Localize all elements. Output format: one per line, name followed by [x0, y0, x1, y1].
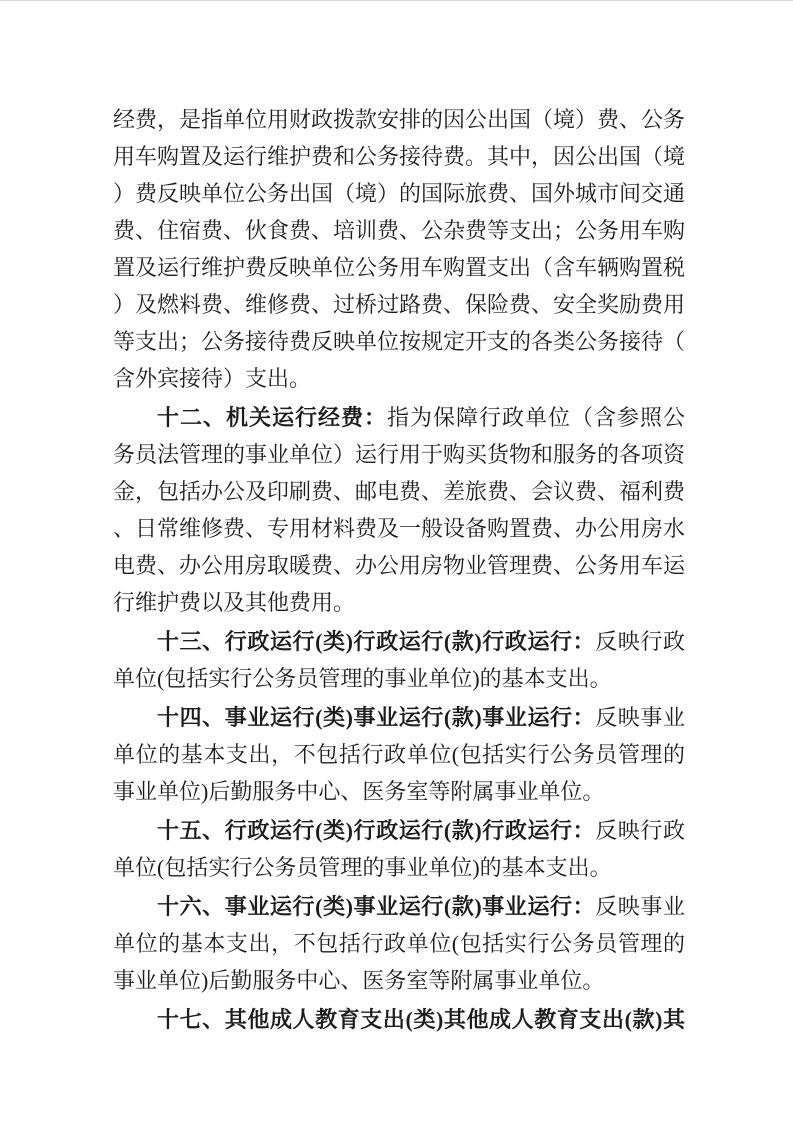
document-page: 经费，是指单位用财政拨款安排的因公出国（境）费、公务用车购置及运行维护费和公务接…: [0, 0, 793, 1122]
paragraph-lead: 十七、其他成人教育支出(类)其他成人教育支出(款)其: [157, 1007, 685, 1032]
paragraph-text: 经费，是指单位用财政拨款安排的因公出国（境）费、公务用车购置及运行维护费和公务接…: [113, 107, 685, 391]
paragraph-continuation: 经费，是指单位用财政拨款安排的因公出国（境）费、公务用车购置及运行维护费和公务接…: [113, 101, 685, 397]
paragraph-item-16: 十六、事业运行(类)事业运行(款)事业运行：反映事业单位的基本支出，不包括行政单…: [113, 888, 685, 999]
paragraph-item-13: 十三、行政运行(类)行政运行(款)行政运行：反映行政单位(包括实行公务员管理的事…: [113, 623, 685, 697]
paragraph-item-14: 十四、事业运行(类)事业运行(款)事业运行：反映事业单位的基本支出，不包括行政单…: [113, 699, 685, 810]
paragraph-lead: 十二、机关运行经费：: [157, 405, 387, 430]
paragraph-item-15: 十五、行政运行(类)行政运行(款)行政运行：反映行政单位(包括实行公务员管理的事…: [113, 812, 685, 886]
paragraph-lead: 十三、行政运行(类)行政运行(款)行政运行：: [157, 629, 595, 654]
paragraph-lead: 十五、行政运行(类)行政运行(款)行政运行：: [157, 818, 595, 843]
paragraph-item-12: 十二、机关运行经费：指为保障行政单位（含参照公务员法管理的事业单位）运行用于购买…: [113, 399, 685, 621]
paragraph-lead: 十六、事业运行(类)事业运行(款)事业运行：: [157, 894, 595, 919]
paragraph-lead: 十四、事业运行(类)事业运行(款)事业运行：: [157, 705, 595, 730]
paragraph-item-17: 十七、其他成人教育支出(类)其他成人教育支出(款)其: [113, 1001, 685, 1038]
document-body: 经费，是指单位用财政拨款安排的因公出国（境）费、公务用车购置及运行维护费和公务接…: [113, 101, 685, 1040]
paragraph-text: 指为保障行政单位（含参照公务员法管理的事业单位）运行用于购买货物和服务的各项资金…: [113, 405, 685, 615]
